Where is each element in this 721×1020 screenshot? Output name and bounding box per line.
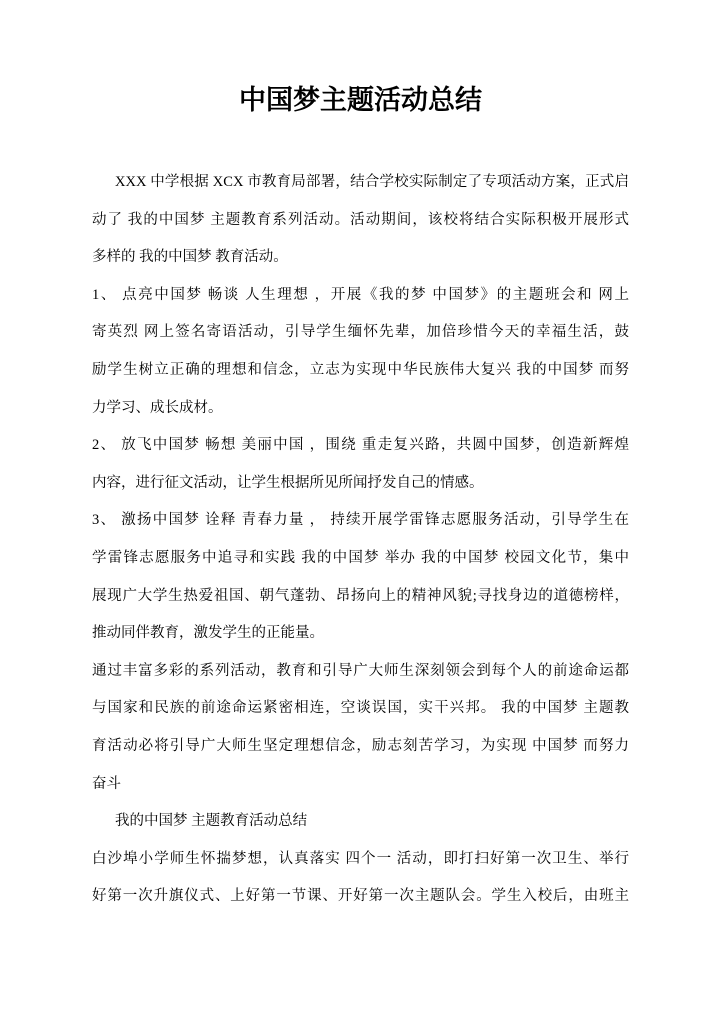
text-line: 通过丰富多彩的系列活动，教育和引导广大师生深刻领会到每个人的前途命运都	[92, 653, 629, 691]
text-line: 1、 点亮中国梦 畅谈 人生理想 ，开展《我的梦 中国梦》的主题班会和 网上	[92, 277, 629, 315]
document-body: XXX 中学根据 XCX 市教育局部署，结合学校实际制定了专项活动方案，正式启动…	[92, 164, 629, 916]
text-line: 学雷锋志愿服务中追寻和实践 我的中国梦 举办 我的中国梦 校园文化节，集中	[92, 540, 629, 578]
text-line: 白沙埠小学师生怀揣梦想，认真落实 四个一 活动，即打扫好第一次卫生、举行	[92, 841, 629, 879]
text-line: 多样的 我的中国梦 教育活动。	[92, 239, 629, 277]
document-page: 中国梦主题活动总结 XXX 中学根据 XCX 市教育局部署，结合学校实际制定了专…	[0, 0, 721, 1020]
text-line: 2、 放飞中国梦 畅想 美丽中国 ，围绕 重走复兴路，共圆中国梦，创造新辉煌	[92, 427, 629, 465]
text-line: 我的中国梦 主题教育活动总结	[92, 803, 629, 841]
text-line: XXX 中学根据 XCX 市教育局部署，结合学校实际制定了专项活动方案，正式启	[92, 164, 629, 202]
text-line: 推动同伴教育，激发学生的正能量。	[92, 615, 629, 653]
text-line: 育活动必将引导广大师生坚定理想信念，励志刻苦学习，为实现 中国梦 而努力	[92, 728, 629, 766]
text-line: 3、 激扬中国梦 诠释 青春力量 ， 持续开展学雷锋志愿服务活动，引导学生在	[92, 502, 629, 540]
text-line: 动了 我的中国梦 主题教育系列活动。活动期间，该校将结合实际积极开展形式	[92, 202, 629, 240]
text-line: 励学生树立正确的理想和信念，立志为实现中华民族伟大复兴 我的中国梦 而努	[92, 352, 629, 390]
text-line: 力学习、成长成材。	[92, 390, 629, 428]
text-line: 与国家和民族的前途命运紧密相连，空谈误国，实干兴邦。 我的中国梦 主题教	[92, 690, 629, 728]
document-title: 中国梦主题活动总结	[0, 84, 721, 116]
text-line: 寄英烈 网上签名寄语活动，引导学生缅怀先辈，加倍珍惜今天的幸福生活，鼓	[92, 314, 629, 352]
text-line: 内容，进行征文活动，让学生根据所见所闻抒发自己的情感。	[92, 465, 629, 503]
text-line: 好第一次升旗仪式、上好第一节课、开好第一次主题队会。学生入校后，由班主	[92, 878, 629, 916]
text-line: 奋斗	[92, 766, 629, 804]
text-line: 展现广大学生热爱祖国、朝气蓬勃、昂扬向上的精神风貌;寻找身边的道德榜样，	[92, 578, 629, 616]
